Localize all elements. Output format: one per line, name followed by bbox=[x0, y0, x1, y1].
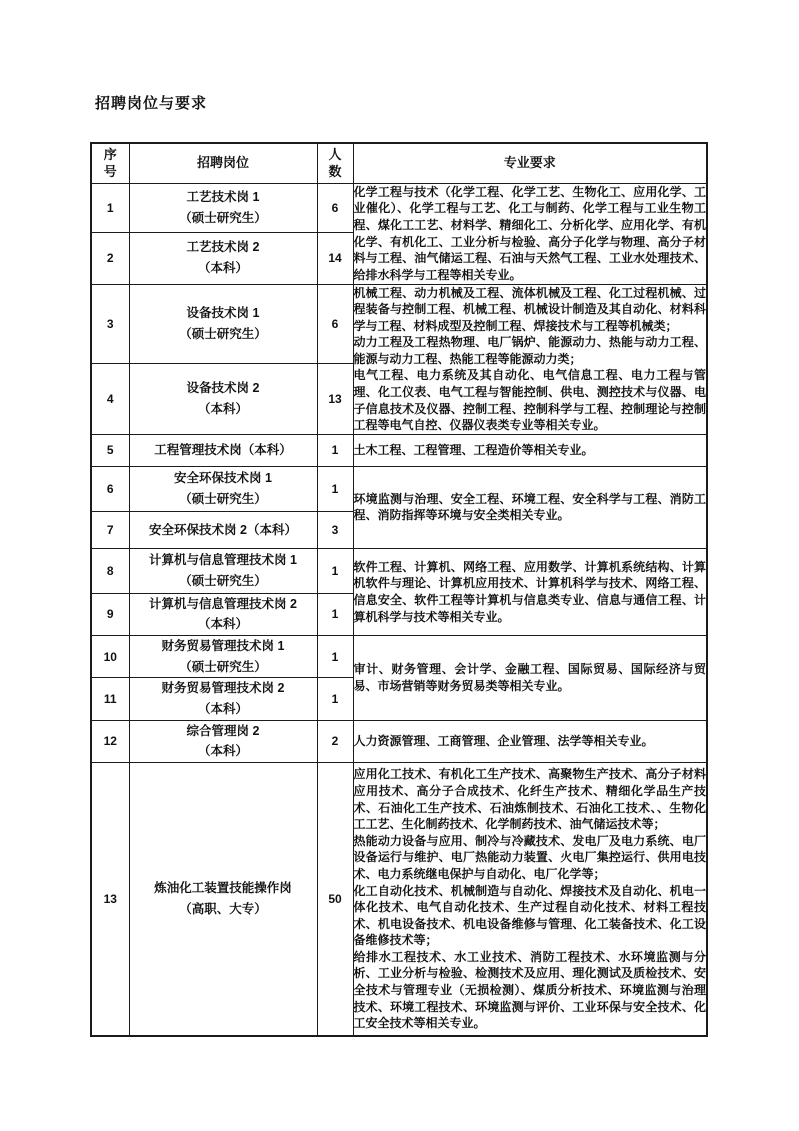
page-title: 招聘岗位与要求 bbox=[95, 92, 207, 113]
table-row: 6 安全环保技术岗 1 （硕士研究生） 1 环境监测与治理、安全工程、环境工程、… bbox=[91, 466, 707, 511]
position-cell: 设备技术岗 1 （硕士研究生） bbox=[129, 284, 317, 364]
recruitment-table: 序号 招聘岗位 人数 专业要求 1 工艺技术岗 1 （硕士研究生） 6 化学工程… bbox=[90, 142, 708, 1037]
header-serial-label: 序号 bbox=[103, 146, 117, 181]
major-cell: 人力资源管理、工商管理、企业管理、法学等相关专业。 bbox=[353, 720, 707, 762]
position-cell: 综合管理岗 2 （本科） bbox=[129, 720, 317, 762]
count-cell: 1 bbox=[317, 434, 353, 466]
table-row: 3 设备技术岗 1 （硕士研究生） 6 机械工程、动力机械及工程、流体机械及工程… bbox=[91, 284, 707, 364]
major-cell: 环境监测与治理、安全工程、环境工程、安全科学与工程、消防工程、消防指挥等环境与安… bbox=[353, 466, 707, 548]
major-cell: 机械工程、动力机械及工程、流体机械及工程、化工过程机械、过程装备与控制工程、机械… bbox=[353, 284, 707, 434]
table-row: 1 工艺技术岗 1 （硕士研究生） 6 化学工程与技术（化学工程、化学工艺、生物… bbox=[91, 183, 707, 232]
major-cell: 审计、财务管理、会计学、金融工程、国际贸易、国际经济与贸易、市场营销等财务贸易类… bbox=[353, 636, 707, 721]
position-cell: 安全环保技术岗 1 （硕士研究生） bbox=[129, 466, 317, 511]
table-header-row: 序号 招聘岗位 人数 专业要求 bbox=[91, 143, 707, 183]
serial-cell: 2 bbox=[91, 232, 129, 284]
serial-cell: 4 bbox=[91, 364, 129, 435]
position-cell: 工艺技术岗 1 （硕士研究生） bbox=[129, 183, 317, 232]
table-row: 12 综合管理岗 2 （本科） 2 人力资源管理、工商管理、企业管理、法学等相关… bbox=[91, 720, 707, 762]
serial-cell: 9 bbox=[91, 593, 129, 635]
table-row: 10 财务贸易管理技术岗 1 （硕士研究生） 1 审计、财务管理、会计学、金融工… bbox=[91, 636, 707, 678]
major-cell: 化学工程与技术（化学工程、化学工艺、生物化工、应用化学、工业催化）、化学工程与工… bbox=[353, 183, 707, 284]
serial-cell: 1 bbox=[91, 183, 129, 232]
serial-cell: 12 bbox=[91, 720, 129, 762]
serial-cell: 10 bbox=[91, 636, 129, 678]
table-row: 8 计算机与信息管理技术岗 1 （硕士研究生） 1 软件工程、计算机、网络工程、… bbox=[91, 548, 707, 593]
position-cell: 安全环保技术岗 2（本科） bbox=[129, 511, 317, 548]
count-cell: 6 bbox=[317, 284, 353, 364]
position-cell: 工程管理技术岗（本科） bbox=[129, 434, 317, 466]
position-cell: 设备技术岗 2 （本科） bbox=[129, 364, 317, 435]
serial-cell: 11 bbox=[91, 678, 129, 720]
count-cell: 1 bbox=[317, 636, 353, 678]
position-cell: 财务贸易管理技术岗 1 （硕士研究生） bbox=[129, 636, 317, 678]
major-cell: 土木工程、工程管理、工程造价等相关专业。 bbox=[353, 434, 707, 466]
position-cell: 计算机与信息管理技术岗 2 （本科） bbox=[129, 593, 317, 635]
serial-cell: 6 bbox=[91, 466, 129, 511]
position-cell: 炼油化工装置技能操作岗 （高职、大专） bbox=[129, 762, 317, 1036]
count-cell: 6 bbox=[317, 183, 353, 232]
position-cell: 财务贸易管理技术岗 2 （本科） bbox=[129, 678, 317, 720]
table-row: 13 炼油化工装置技能操作岗 （高职、大专） 50 应用化工技术、有机化工生产技… bbox=[91, 762, 707, 1036]
count-cell: 50 bbox=[317, 762, 353, 1036]
count-cell: 3 bbox=[317, 511, 353, 548]
count-cell: 14 bbox=[317, 232, 353, 284]
serial-cell: 7 bbox=[91, 511, 129, 548]
header-cell-major: 专业要求 bbox=[353, 143, 707, 183]
position-cell: 计算机与信息管理技术岗 1 （硕士研究生） bbox=[129, 548, 317, 593]
serial-cell: 5 bbox=[91, 434, 129, 466]
count-cell: 1 bbox=[317, 548, 353, 593]
document-page: 招聘岗位与要求 序号 招聘岗位 人数 专业要求 1 工艺技术岗 1 （硕士研究生… bbox=[0, 0, 799, 1131]
count-cell: 2 bbox=[317, 720, 353, 762]
count-cell: 13 bbox=[317, 364, 353, 435]
count-cell: 1 bbox=[317, 593, 353, 635]
count-cell: 1 bbox=[317, 678, 353, 720]
serial-cell: 3 bbox=[91, 284, 129, 364]
position-cell: 工艺技术岗 2 （本科） bbox=[129, 232, 317, 284]
serial-cell: 13 bbox=[91, 762, 129, 1036]
major-cell: 应用化工技术、有机化工生产技术、高聚物生产技术、高分子材料应用技术、高分子合成技… bbox=[353, 762, 707, 1036]
serial-cell: 8 bbox=[91, 548, 129, 593]
header-count-label: 人数 bbox=[328, 146, 342, 181]
count-cell: 1 bbox=[317, 466, 353, 511]
header-cell-serial: 序号 bbox=[91, 143, 129, 183]
table-row: 5 工程管理技术岗（本科） 1 土木工程、工程管理、工程造价等相关专业。 bbox=[91, 434, 707, 466]
header-cell-position: 招聘岗位 bbox=[129, 143, 317, 183]
major-cell: 软件工程、计算机、网络工程、应用数学、计算机系统结构、计算机软件与理论、计算机应… bbox=[353, 548, 707, 635]
header-cell-count: 人数 bbox=[317, 143, 353, 183]
